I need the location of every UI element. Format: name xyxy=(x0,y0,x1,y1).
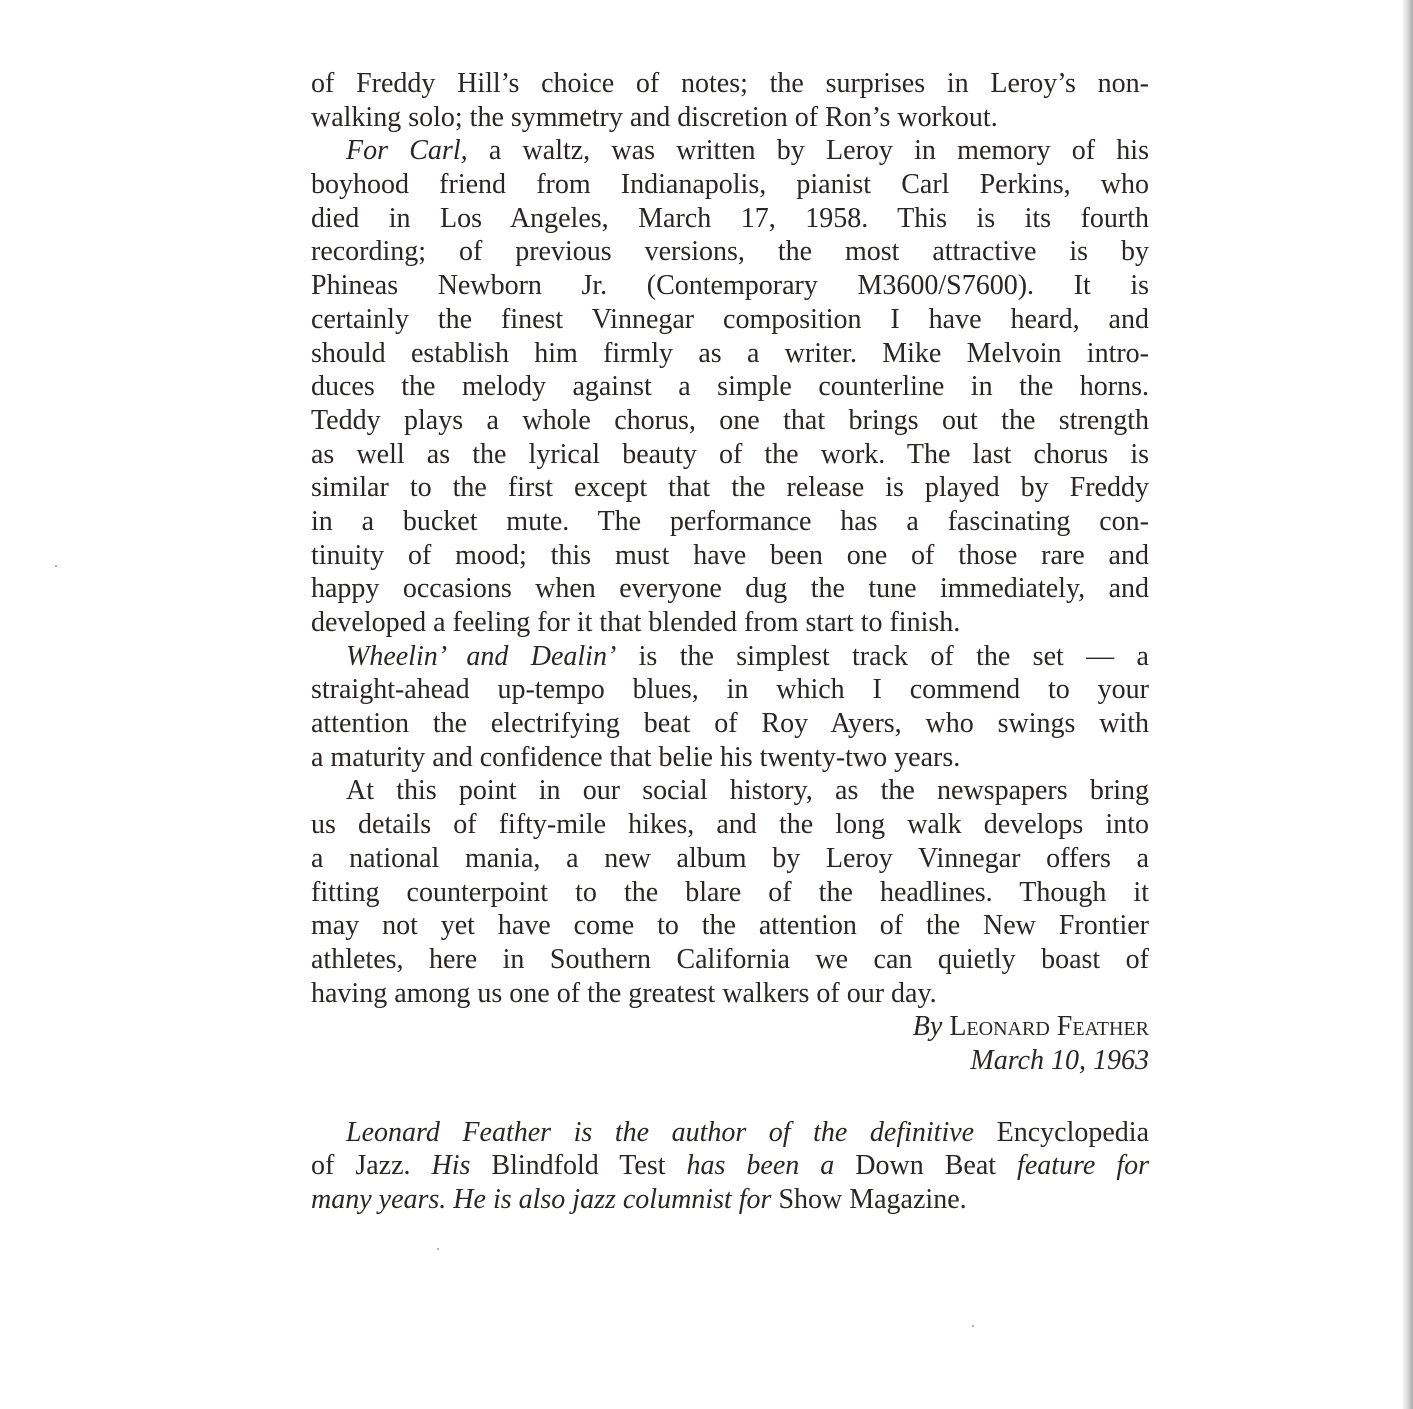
text-fragment: feature for xyxy=(996,1150,1149,1181)
text-line: having among us one of the greatest walk… xyxy=(311,977,1149,1011)
text-line: attention the electrifying beat of Roy A… xyxy=(311,707,1149,741)
text-line: of Jazz. His Blindfold Test has been a D… xyxy=(311,1149,1149,1183)
text-fragment: of Jazz. xyxy=(311,1150,411,1181)
text-line: us details of fifty-mile hikes, and the … xyxy=(311,808,1149,842)
feature-title-blindfold-test: Blindfold Test xyxy=(470,1150,665,1181)
byline-prefix: By xyxy=(913,1011,943,1042)
spacer xyxy=(311,1078,1149,1116)
book-title-encyclopedia: Encyclopedia xyxy=(974,1117,1149,1148)
text-fragment: a waltz, was written by Leroy in memory … xyxy=(468,135,1149,166)
byline: By Leonard Feather March 10, 1963 xyxy=(311,1010,1149,1077)
text-line: boyhood friend from Indianapolis, pianis… xyxy=(311,168,1149,202)
text-line: Leonard Feather is the author of the def… xyxy=(311,1116,1149,1150)
text-line: many years. He is also jazz columnist fo… xyxy=(311,1183,1149,1217)
text-line: certainly the finest Vinnegar compositio… xyxy=(311,303,1149,337)
text-line: a maturity and confidence that belie his… xyxy=(311,741,1149,775)
author-bio: Leonard Feather is the author of the def… xyxy=(311,1116,1149,1217)
text-line: happy occasions when everyone dug the tu… xyxy=(311,572,1149,606)
text-line: tinuity of mood; this must have been one… xyxy=(311,539,1149,573)
paragraph-for-carl: For Carl, a waltz, was written by Leroy … xyxy=(311,134,1149,639)
paper-speck xyxy=(437,1248,439,1250)
text-line: should establish him firmly as a writer.… xyxy=(311,337,1149,371)
text-line: recording; of previous versions, the mos… xyxy=(311,235,1149,269)
text-fragment: has been a xyxy=(666,1150,835,1181)
byline-author-line: By Leonard Feather xyxy=(311,1010,1149,1044)
text-line: Wheelin’ and Dealin’ is the simplest tra… xyxy=(311,640,1149,674)
text-line: developed a feeling for it that blended … xyxy=(311,606,1149,640)
text-fragment: is the simplest track of the set — a xyxy=(616,641,1149,672)
text-line: a national mania, a new album by Leroy V… xyxy=(311,842,1149,876)
page-edge-shadow xyxy=(1403,0,1413,1409)
text-fragment: Leonard Feather is the author of the def… xyxy=(346,1117,974,1148)
text-line: fitting counterpoint to the blare of the… xyxy=(311,876,1149,910)
paper-speck xyxy=(55,565,57,567)
byline-date-line: March 10, 1963 xyxy=(311,1044,1149,1078)
text-line: duces the melody against a simple counte… xyxy=(311,370,1149,404)
liner-notes-column: of Freddy Hill’s choice of notes; the su… xyxy=(311,67,1149,1217)
text-line: as well as the lyrical beauty of the wor… xyxy=(311,438,1149,472)
text-line: died in Los Angeles, March 17, 1958. Thi… xyxy=(311,202,1149,236)
text-line: in a bucket mute. The performance has a … xyxy=(311,505,1149,539)
text-line: At this point in our social history, as … xyxy=(311,774,1149,808)
publication-down-beat: Down Beat xyxy=(834,1150,996,1181)
paragraph-social-history: At this point in our social history, as … xyxy=(311,774,1149,1010)
text-line: of Freddy Hill’s choice of notes; the su… xyxy=(311,67,1149,101)
text-line: straight-ahead up-tempo blues, in which … xyxy=(311,673,1149,707)
text-line: For Carl, a waltz, was written by Leroy … xyxy=(311,134,1149,168)
text-line: similar to the first except that the rel… xyxy=(311,471,1149,505)
byline-date: March 10, 1963 xyxy=(970,1045,1149,1076)
text-line: Phineas Newborn Jr. (Contemporary M3600/… xyxy=(311,269,1149,303)
publication-show-magazine: Show Magazine. xyxy=(771,1184,966,1215)
text-fragment: many years. He is also jazz columnist fo… xyxy=(311,1184,771,1215)
track-title-wheelin-and-dealin: Wheelin’ and Dealin’ xyxy=(346,641,616,672)
text-fragment: His xyxy=(411,1150,471,1181)
text-line: athletes, here in Southern California we… xyxy=(311,943,1149,977)
text-line: Teddy plays a whole chorus, one that bri… xyxy=(311,404,1149,438)
byline-author: Leonard Feather xyxy=(949,1011,1149,1042)
paper-speck xyxy=(972,1325,974,1327)
text-line: walking solo; the symmetry and discretio… xyxy=(311,101,1149,135)
paragraph-wheelin-and-dealin: Wheelin’ and Dealin’ is the simplest tra… xyxy=(311,640,1149,775)
track-title-for-carl: For Carl, xyxy=(346,135,468,166)
paragraph-freddy-hill: of Freddy Hill’s choice of notes; the su… xyxy=(311,67,1149,134)
text-line: may not yet have come to the attention o… xyxy=(311,909,1149,943)
